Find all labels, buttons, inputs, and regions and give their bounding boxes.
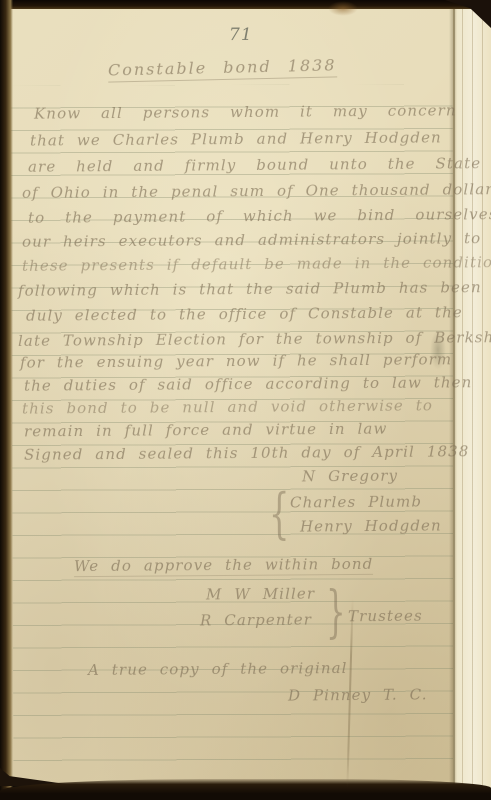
book-binding-left [0,0,13,800]
body-line: duly elected to the office of Constable … [26,303,463,324]
body-line: are held and firmly bound unto the State [28,154,481,176]
trustee-signature-2: R Carpenter [200,611,312,630]
body-line: of Ohio in the penal sum of One thousand… [22,180,491,202]
trustee-signature-1: M W Miller [206,585,315,604]
body-line: Know all persons whom it may concern [34,101,457,122]
ledger-photo: 71 Constable bond 1838 Know all persons … [0,0,491,800]
trustees-brace: } [326,580,346,645]
book-binding-top [0,0,491,9]
approval-statement: We do approve the within bond [74,555,374,577]
body-line: to the payment of which we bind ourselve… [28,205,491,227]
body-line: late Township Election for the township … [18,328,491,350]
book-binding-bottom [0,779,491,800]
body-line: our heirs executors and administrators j… [22,229,481,251]
body-line: these presents if default be made in the… [22,253,491,275]
body-line: for the ensuing year now if he shall per… [20,350,452,371]
clerk-signature: D Pinney T. C. [288,685,428,704]
body-line: Signed and sealed this 10th day of April… [24,442,470,463]
certification-statement: A true copy of the original [88,659,348,679]
body-line: the duties of said office according to l… [24,373,473,395]
body-line: that we Charles Plumb and Henry Hodgden [30,128,442,149]
page-edge-shadow [449,0,455,800]
signature-brace: { [269,482,290,545]
body-line: this bond to be null and void otherwise … [22,396,433,417]
signature-surety: Henry Hodgden [300,516,442,535]
signature-principal: Charles Plumb [290,492,422,511]
trustees-role-label: Trustees [348,607,423,626]
body-line: remain in full force and virtue in law [24,420,388,441]
body-line: following which is that the said Plumb h… [18,278,482,300]
signature-witness: N Gregory [302,467,398,486]
page-number: 71 [229,25,253,45]
under-page-edges [453,0,491,800]
